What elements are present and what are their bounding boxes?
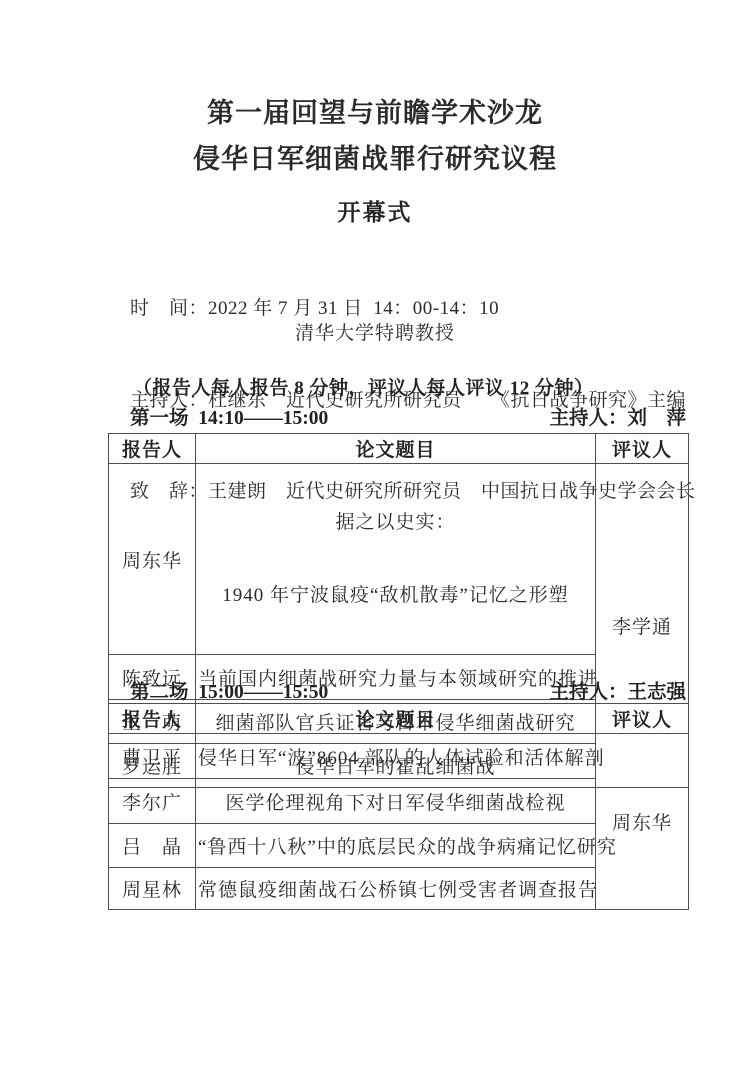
presenter-name: 周星林	[109, 868, 196, 910]
opening-ceremony-heading: 开幕式	[0, 194, 750, 227]
column-presenter: 报告人	[109, 704, 196, 734]
duration-note: （报告人每人报告 8 分钟，评议人每人评议 12 分钟）	[133, 373, 594, 400]
presenter-name: 周东华	[109, 464, 196, 655]
column-paper-title: 论文题目	[196, 704, 596, 734]
column-reviewer: 评议人	[596, 704, 689, 734]
session1-header: 第一场 14:10——15:00 主持人：刘 萍	[130, 402, 686, 430]
table-row: 周东华 据之以史实： 1940 年宁波鼠疫“敌机散毒”记忆之形塑 李学通	[109, 464, 689, 655]
column-paper-title: 论文题目	[196, 434, 596, 464]
session1-table-header-row: 报告人 论文题目 评议人	[109, 434, 689, 464]
session2-table: 报告人 论文题目 评议人 曹卫平 侵华日军“波”8604 部队的人体试验和活体解…	[108, 703, 689, 910]
document-title: 第一届回望与前瞻学术沙龙 侵华日军细菌战罪行研究议程	[0, 90, 750, 182]
session1-title: 第一场 14:10——15:00	[130, 402, 328, 430]
reviewer-name: 周东华	[596, 734, 689, 910]
paper-title-line-2: 1940 年宁波鼠疫“敌机散毒”记忆之形塑	[198, 581, 593, 610]
session2-title: 第二场 15:00——15:50	[130, 676, 328, 704]
column-reviewer: 评议人	[596, 434, 689, 464]
paper-title: 常德鼠疫细菌战石公桥镇七例受害者调查报告	[196, 868, 596, 910]
title-line-2: 侵华日军细菌战罪行研究议程	[0, 136, 750, 182]
paper-title: 据之以史实： 1940 年宁波鼠疫“敌机散毒”记忆之形塑	[196, 464, 596, 655]
paper-title: 侵华日军“波”8604 部队的人体试验和活体解剖	[196, 734, 596, 779]
session2-header: 第二场 15:00——15:50 主持人：王志强	[130, 676, 686, 704]
paper-title: 医学伦理视角下对日军侵华细菌战检视	[196, 779, 596, 824]
presenter-name: 曹卫平	[109, 734, 196, 779]
scanned-agenda-page: 第一届回望与前瞻学术沙龙 侵华日军细菌战罪行研究议程 开幕式 时 间：2022 …	[0, 0, 750, 1069]
session2-host: 主持人：王志强	[549, 676, 686, 704]
presenter-name: 吕 晶	[109, 824, 196, 868]
paper-title: “鲁西十八秋”中的底层民众的战争病痛记忆研究	[196, 824, 596, 868]
paper-title-line-1: 据之以史实：	[198, 508, 593, 537]
title-line-1: 第一届回望与前瞻学术沙龙	[0, 90, 750, 136]
session2-table-header-row: 报告人 论文题目 评议人	[109, 704, 689, 734]
session1-host: 主持人：刘 萍	[549, 402, 686, 430]
table-row: 曹卫平 侵华日军“波”8604 部队的人体试验和活体解剖 周东华	[109, 734, 689, 779]
column-presenter: 报告人	[109, 434, 196, 464]
presenter-name: 李尔广	[109, 779, 196, 824]
opening-speech-line-2: 清华大学特聘教授	[0, 318, 750, 345]
